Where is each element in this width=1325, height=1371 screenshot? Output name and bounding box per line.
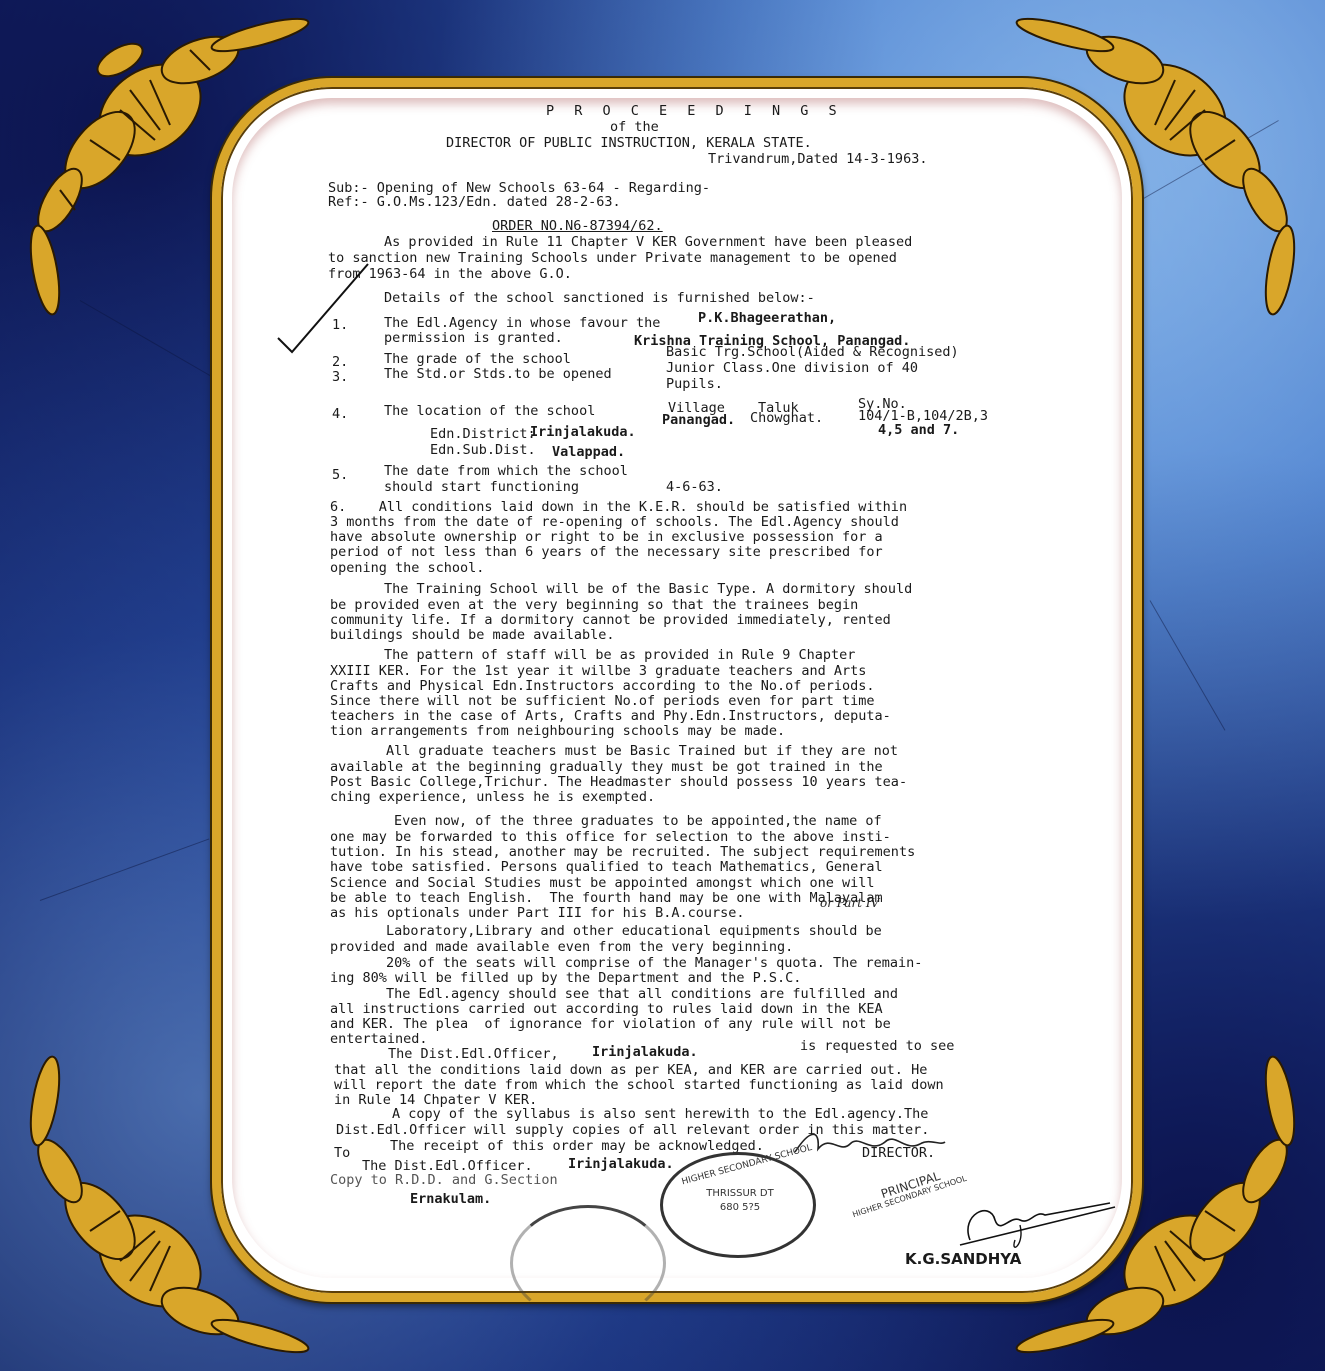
item-label: The location of the school xyxy=(384,404,595,419)
edn-subdist-label: Edn.Sub.Dist. xyxy=(430,443,536,458)
item-label: should start functioning xyxy=(384,480,579,495)
paragraph-line: period of not less than 6 years of the n… xyxy=(330,545,883,560)
to-label: To xyxy=(334,1146,350,1161)
edn-district-value: Irinjalakuda. xyxy=(530,425,636,440)
reference-line: Ref:- G.O.Ms.123/Edn. dated 28-2-63. xyxy=(328,195,621,210)
paragraph-line: Science and Social Studies must be appoi… xyxy=(330,876,875,891)
paragraph-line: one may be forwarded to this office for … xyxy=(330,830,891,845)
paragraph-line: will report the date from which the scho… xyxy=(334,1078,944,1093)
document-title: P R O C E E D I N G S xyxy=(546,104,843,119)
paragraph-line: Since there will not be sufficient No.of… xyxy=(330,694,875,709)
paragraph-line: be provided even at the very beginning s… xyxy=(330,598,858,613)
intro-line: As provided in Rule 11 Chapter V KER Gov… xyxy=(384,235,912,250)
paragraph-line: buildings should be made available. xyxy=(330,628,614,643)
item-number: 4. xyxy=(332,407,348,422)
paragraph-line: that all the conditions laid down as per… xyxy=(334,1063,927,1078)
paragraph-line: Even now, of the three graduates to be a… xyxy=(394,814,882,829)
item-label: The Std.or Stds.to be opened xyxy=(384,367,612,382)
item-value: 4-6-63. xyxy=(666,480,723,495)
handwritten-note: or Part IV xyxy=(820,896,879,911)
taluk-value: Chowghat. xyxy=(750,411,823,426)
principal-name: K.G.SANDHYA xyxy=(905,1252,1021,1267)
paragraph-line: XXIII KER. For the 1st year it willbe 3 … xyxy=(330,664,866,679)
paragraph-line: entertained. xyxy=(330,1032,428,1047)
header-of-the: of the xyxy=(610,120,659,135)
stamp-center-text: THRISSUR DT xyxy=(700,1187,780,1202)
paragraph-line: ching experience, unless he is exempted. xyxy=(330,790,655,805)
signatory-title: DIRECTOR. xyxy=(862,1146,935,1161)
village-value: Panangad. xyxy=(662,413,735,428)
paragraph-line: 20% of the seats will comprise of the Ma… xyxy=(386,956,922,971)
stamp-center-text: 680 5?5 xyxy=(700,1201,780,1216)
paragraph-line: A copy of the syllabus is also sent here… xyxy=(392,1107,928,1122)
paragraph-line: have tobe satisfied. Persons qualified t… xyxy=(330,860,883,875)
proceedings-document: P R O C E E D I N G S of the DIRECTOR OF… xyxy=(0,0,1325,1371)
paragraph-line: The receipt of this order may be acknowl… xyxy=(390,1139,764,1154)
paragraph-line: tution. In his stead, another may be rec… xyxy=(330,845,915,860)
paragraph-line: 6. All conditions laid down in the K.E.R… xyxy=(330,500,907,515)
item-label: permission is granted. xyxy=(384,331,563,346)
edn-district-label: Edn.District: xyxy=(430,427,536,442)
to-place: Irinjalakuda. xyxy=(568,1157,674,1172)
old-seal-stamp xyxy=(510,1205,666,1321)
principal-signature-icon xyxy=(950,1195,1120,1255)
paragraph-line: ing 80% will be filled up by the Departm… xyxy=(330,971,801,986)
paragraph-line: 3 months from the date of re-opening of … xyxy=(330,515,899,530)
paragraph-line: be able to teach English. The fourth han… xyxy=(330,891,883,906)
item-number: 5. xyxy=(332,468,348,483)
item-label: The date from which the school xyxy=(384,464,628,479)
paragraph-line: as his optionals under Part III for his … xyxy=(330,906,745,921)
paragraph-line: The Dist.Edl.Officer, xyxy=(388,1047,559,1062)
item-value: Basic Trg.School(Aided & Recognised) xyxy=(666,345,959,360)
paragraph-line: provided and made available even from th… xyxy=(330,940,793,955)
paragraph-line: Post Basic College,Trichur. The Headmast… xyxy=(330,775,907,790)
header-authority: DIRECTOR OF PUBLIC INSTRUCTION, KERALA S… xyxy=(446,136,812,151)
copy-place: Ernakulam. xyxy=(410,1192,491,1207)
item-value: P.K.Bhageerathan, xyxy=(698,311,836,326)
item-label: The grade of the school xyxy=(384,352,571,367)
item-number: 3. xyxy=(332,370,348,385)
item-number: 2. xyxy=(332,355,348,370)
paragraph-line: The pattern of staff will be as provided… xyxy=(384,648,855,663)
paragraph-line: Crafts and Physical Edn.Instructors acco… xyxy=(330,679,875,694)
paragraph-line: teachers in the case of Arts, Crafts and… xyxy=(330,709,891,724)
details-heading: Details of the school sanctioned is furn… xyxy=(384,291,815,306)
paragraph-line: The Edl.agency should see that all condi… xyxy=(386,987,898,1002)
paragraph-line: is requested to see xyxy=(800,1039,954,1054)
paragraph-line: all instructions carried out according t… xyxy=(330,1002,883,1017)
paragraph-line: Laboratory,Library and other educational… xyxy=(386,924,882,939)
copy-to: Copy to R.D.D. and G.Section xyxy=(330,1173,558,1188)
order-number: ORDER NO.N6-87394/62. xyxy=(492,219,663,234)
paragraph-line: and KER. The plea of ignorance for viola… xyxy=(330,1017,891,1032)
intro-line: to sanction new Training Schools under P… xyxy=(328,251,897,266)
checkmark-icon xyxy=(270,260,370,360)
item-value: Junior Class.One division of 40 xyxy=(666,361,918,376)
paragraph-line: tion arrangements from neighbouring scho… xyxy=(330,724,785,739)
item-label: The Edl.Agency in whose favour the xyxy=(384,316,660,331)
item-number: 1. xyxy=(332,318,348,333)
paragraph-line: available at the beginning gradually the… xyxy=(330,760,883,775)
paragraph-line: community life. If a dormitory cannot be… xyxy=(330,613,891,628)
place-date: Trivandrum,Dated 14-3-1963. xyxy=(708,152,927,167)
paragraph-line: All graduate teachers must be Basic Trai… xyxy=(386,744,898,759)
item-value: Pupils. xyxy=(666,377,723,392)
paragraph-line: have absolute ownership or right to be i… xyxy=(330,530,883,545)
survey-value: 4,5 and 7. xyxy=(878,423,959,438)
edn-subdist-value: Valappad. xyxy=(552,445,625,460)
deo-place: Irinjalakuda. xyxy=(592,1045,698,1060)
paragraph-line: opening the school. xyxy=(330,561,484,576)
paragraph-line: The Training School will be of the Basic… xyxy=(384,582,912,597)
